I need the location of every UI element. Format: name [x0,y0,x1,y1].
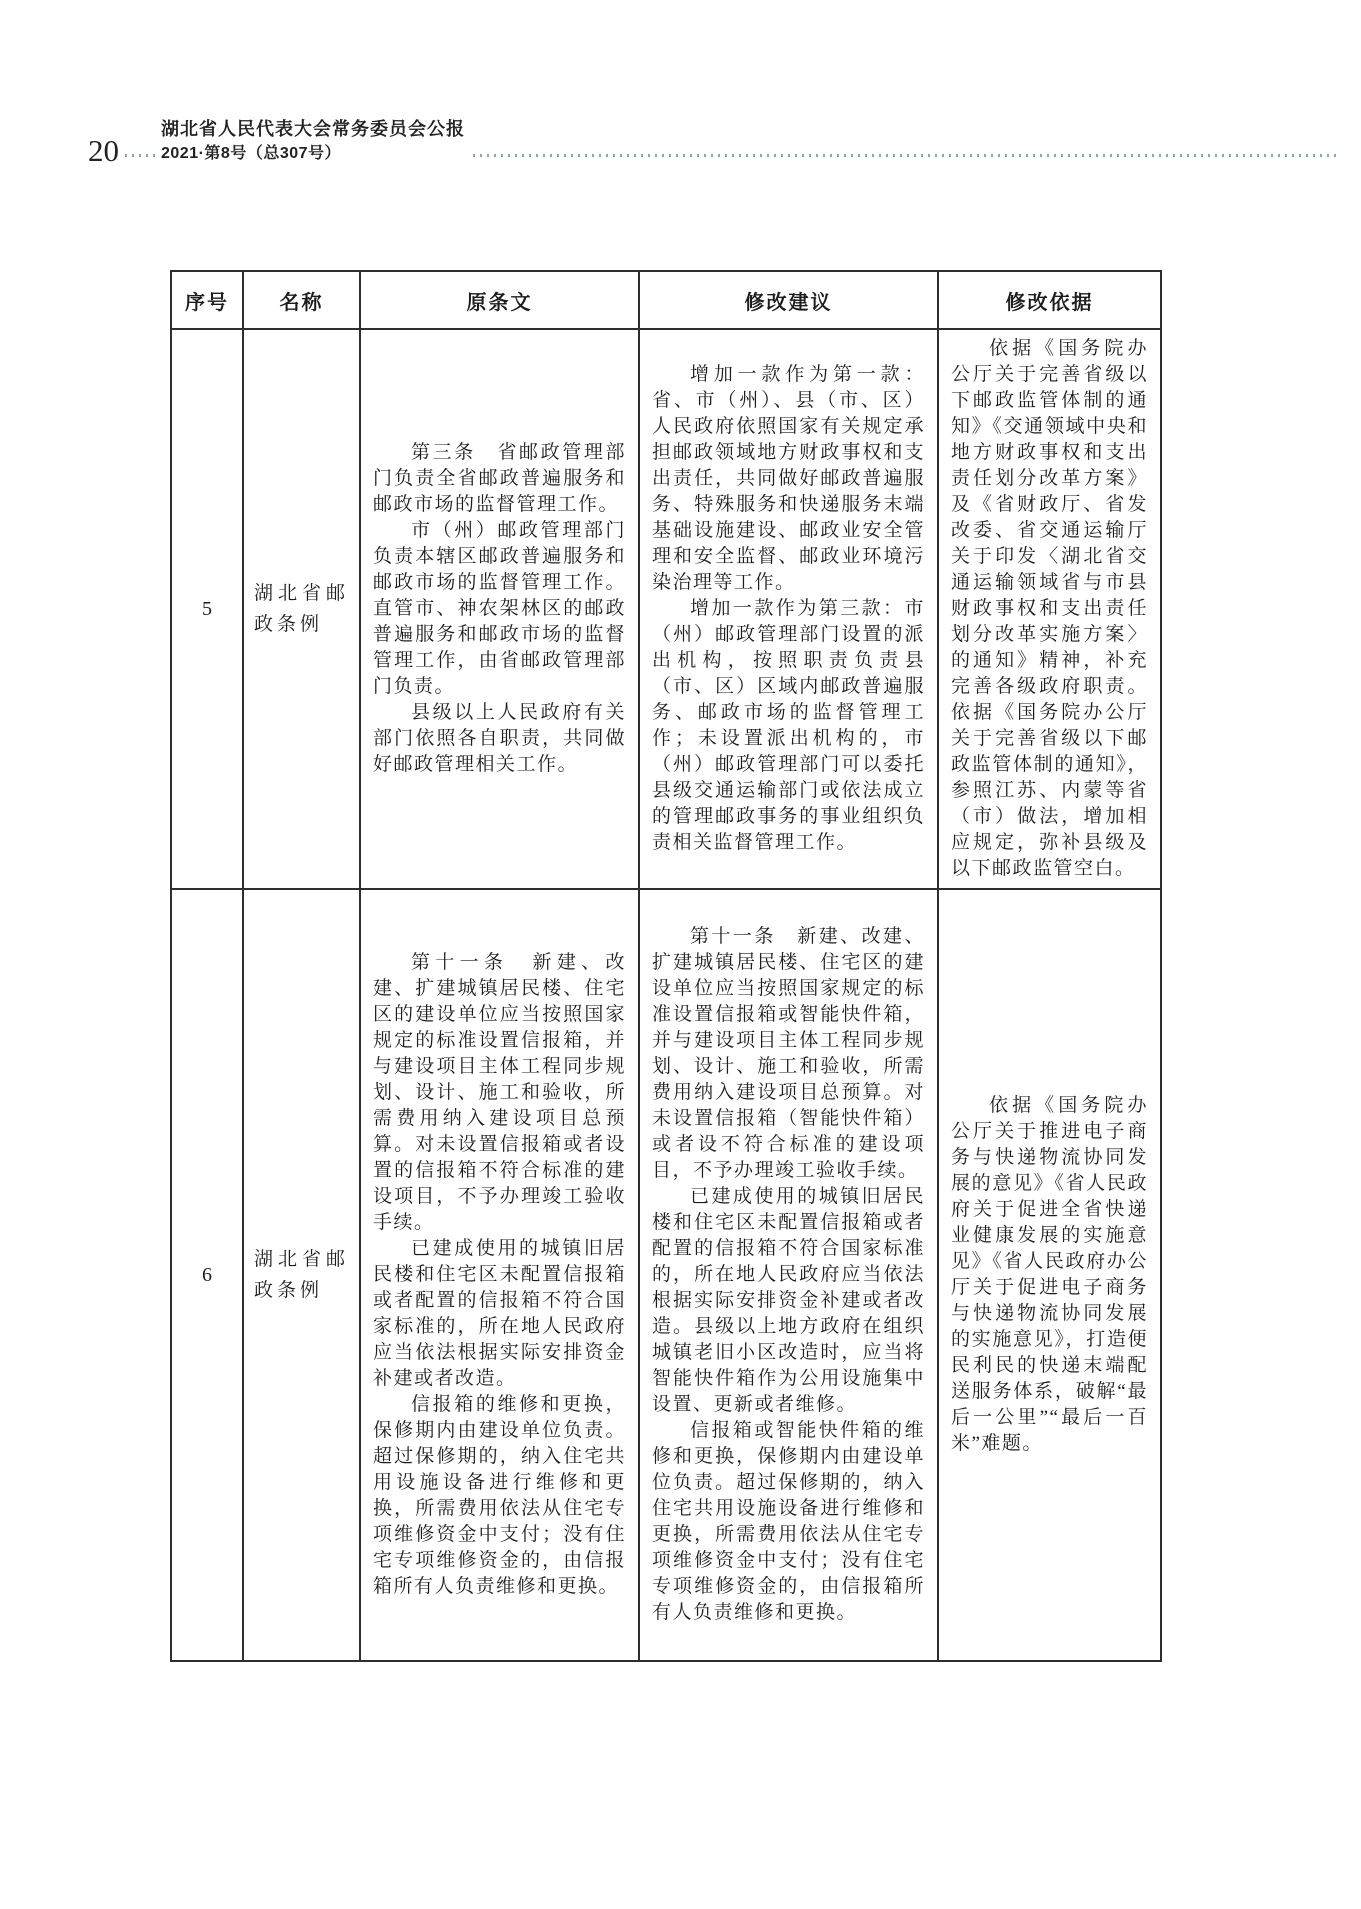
paragraph: 信报箱的维修和更换，保修期内由建设单位负责。超过保修期的，纳入住宅共用设施设备进… [373,1392,626,1600]
page-number: 20 [88,136,119,166]
suggestion-cell: 第十一条 新建、改建、扩建城镇居民楼、住宅区的建设单位应当按照国家规定的标准设置… [639,889,938,1661]
col-header-name: 名称 [243,271,360,329]
issue-line: 2021·第8号（总307号） [161,142,465,166]
page-header: 20 湖北省人民代表大会常务委员会公报 2021·第8号（总307号） [88,116,1345,166]
table-header-row: 序号 名称 原条文 修改建议 修改依据 [171,271,1161,329]
paragraph: 信报箱或智能快件箱的维修和更换，保修期内由建设单位负责。超过保修期的，纳入住宅共… [652,1418,925,1626]
basis-cell: 依据《国务院办公厅关于推进电子商务与快递物流协同发展的意见》《省人民政府关于促进… [938,889,1161,1661]
suggestion-cell: 增加一款作为第一款：省、市（州）、县（市、区）人民政府依照国家有关规定承担邮政领… [639,329,938,889]
law-name-cell: 湖北省邮政条例 [243,889,360,1661]
table-row: 5 湖北省邮政条例 第三条 省邮政管理部门负责全省邮政普遍服务和邮政市场的监督管… [171,329,1161,889]
amendment-table: 序号 名称 原条文 修改建议 修改依据 5 湖北省邮政条例 第三条 省邮政管理部… [170,270,1162,1662]
row-number-cell: 6 [171,889,243,1661]
header-title-block: 湖北省人民代表大会常务委员会公报 2021·第8号（总307号） [161,116,465,166]
dotted-leader [473,154,1341,157]
col-header-serial: 序号 [171,271,243,329]
row-number-cell: 5 [171,329,243,889]
col-header-basis: 修改依据 [938,271,1161,329]
paragraph: 县级以上人民政府有关部门依照各自职责，共同做好邮政管理相关工作。 [373,700,626,778]
paragraph: 第十一条 新建、改建、扩建城镇居民楼、住宅区的建设单位应当按照国家规定的标准设置… [373,950,626,1236]
original-text-cell: 第十一条 新建、改建、扩建城镇居民楼、住宅区的建设单位应当按照国家规定的标准设置… [360,889,639,1661]
paragraph: 增加一款作为第三款：市（州）邮政管理部门设置的派出机构，按照职责负责县（市、区）… [652,596,925,856]
table-row: 6 湖北省邮政条例 第十一条 新建、改建、扩建城镇居民楼、住宅区的建设单位应当按… [171,889,1161,1661]
col-header-suggestion: 修改建议 [639,271,938,329]
paragraph: 市（州）邮政管理部门负责本辖区邮政普遍服务和邮政市场的监督管理工作。直管市、神农… [373,518,626,700]
paragraph: 依据《国务院办公厅关于推进电子商务与快递物流协同发展的意见》《省人民政府关于促进… [951,1093,1148,1457]
dotted-leader [125,154,157,157]
basis-cell: 依据《国务院办公厅关于完善省级以下邮政监管体制的通知》《交通领域中央和地方财政事… [938,329,1161,889]
col-header-original: 原条文 [360,271,639,329]
paragraph: 依据《国务院办公厅关于完善省级以下邮政监管体制的通知》《交通领域中央和地方财政事… [951,336,1148,882]
law-name-cell: 湖北省邮政条例 [243,329,360,889]
paragraph: 增加一款作为第一款：省、市（州）、县（市、区）人民政府依照国家有关规定承担邮政领… [652,362,925,596]
paragraph: 第十一条 新建、改建、扩建城镇居民楼、住宅区的建设单位应当按照国家规定的标准设置… [652,924,925,1184]
original-text-cell: 第三条 省邮政管理部门负责全省邮政普遍服务和邮政市场的监督管理工作。 市（州）邮… [360,329,639,889]
paragraph: 已建成使用的城镇旧居民楼和住宅区未配置信报箱或者配置的信报箱不符合国家标准的，所… [373,1236,626,1392]
paragraph: 第三条 省邮政管理部门负责全省邮政普遍服务和邮政市场的监督管理工作。 [373,440,626,518]
gazette-title: 湖北省人民代表大会常务委员会公报 [161,116,465,142]
paragraph: 已建成使用的城镇旧居民楼和住宅区未配置信报箱或者配置的信报箱不符合国家标准的，所… [652,1184,925,1418]
gazette-page: 20 湖北省人民代表大会常务委员会公报 2021·第8号（总307号） 序号 名… [0,0,1361,1909]
